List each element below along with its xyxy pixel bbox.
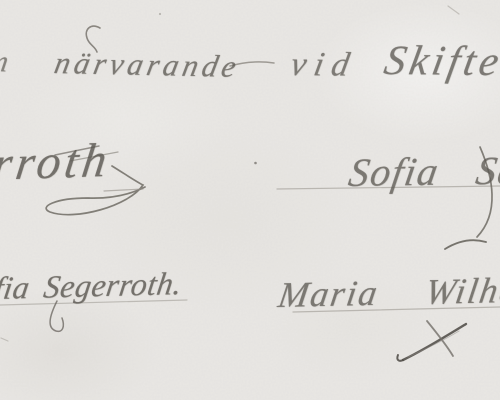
header-word-narvarande: närvarande [52, 47, 243, 82]
signature-fia-segerroth: fia Segerroth. [0, 267, 185, 304]
signature-sofia-se: Sofia Se [346, 151, 500, 193]
signature-x-mark [397, 321, 466, 361]
x-mark-hook [397, 355, 403, 361]
paper-speck [448, 6, 459, 14]
x-mark-cross-stroke [427, 321, 453, 356]
paper-speck [254, 162, 257, 165]
header-word-vid: vid [288, 48, 360, 83]
paper-speck [159, 13, 161, 15]
signature-maria-wilhelm: Maria Wilhelm [276, 271, 500, 313]
sofia-s-descender-base [445, 240, 486, 249]
header-word-skifte: Skifte [381, 40, 500, 83]
signature-rroth: rroth [0, 137, 114, 189]
scanned-handwritten-document: m närvarande vid Skifte rroth Sofia Se f… [0, 0, 500, 400]
segerroth-s-tail [50, 301, 63, 331]
paper-speck [1, 338, 8, 341]
